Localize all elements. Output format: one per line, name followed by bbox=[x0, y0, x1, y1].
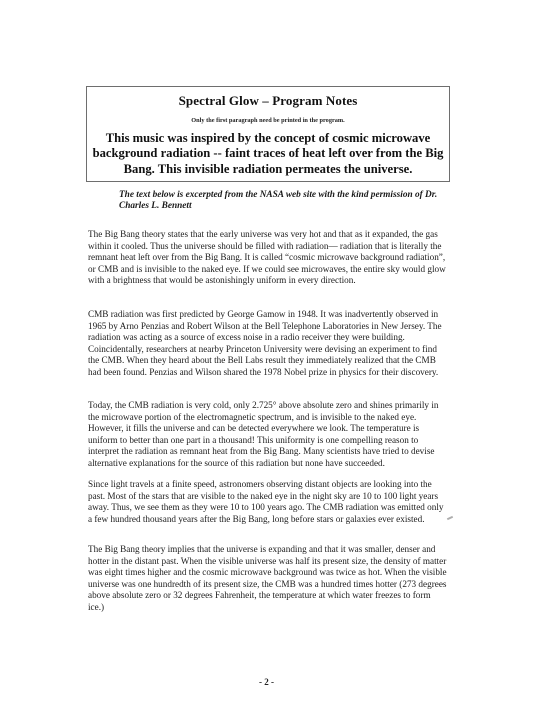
printing-note: Only the first paragraph need be printed… bbox=[87, 117, 449, 124]
page-number: - 2 - bbox=[0, 677, 533, 687]
paragraph-cmb-today: Today, the CMB radiation is very cold, o… bbox=[88, 400, 448, 470]
program-statement: This music was inspired by the concept o… bbox=[91, 131, 445, 177]
document-title: Spectral Glow – Program Notes bbox=[87, 93, 449, 109]
document-page: Spectral Glow – Program Notes Only the f… bbox=[0, 0, 533, 711]
paragraph-big-bang-theory: The Big Bang theory states that the earl… bbox=[88, 229, 448, 287]
scan-mark bbox=[447, 516, 453, 520]
attribution-note: The text below is excerpted from the NAS… bbox=[119, 190, 449, 212]
paragraph-light-speed: Since light travels at a finite speed, a… bbox=[88, 479, 448, 525]
program-notes-box: Spectral Glow – Program Notes Only the f… bbox=[86, 86, 450, 182]
paragraph-cmb-discovery: CMB radiation was first predicted by Geo… bbox=[88, 309, 448, 379]
paragraph-expanding-universe: The Big Bang theory implies that the uni… bbox=[88, 544, 448, 614]
